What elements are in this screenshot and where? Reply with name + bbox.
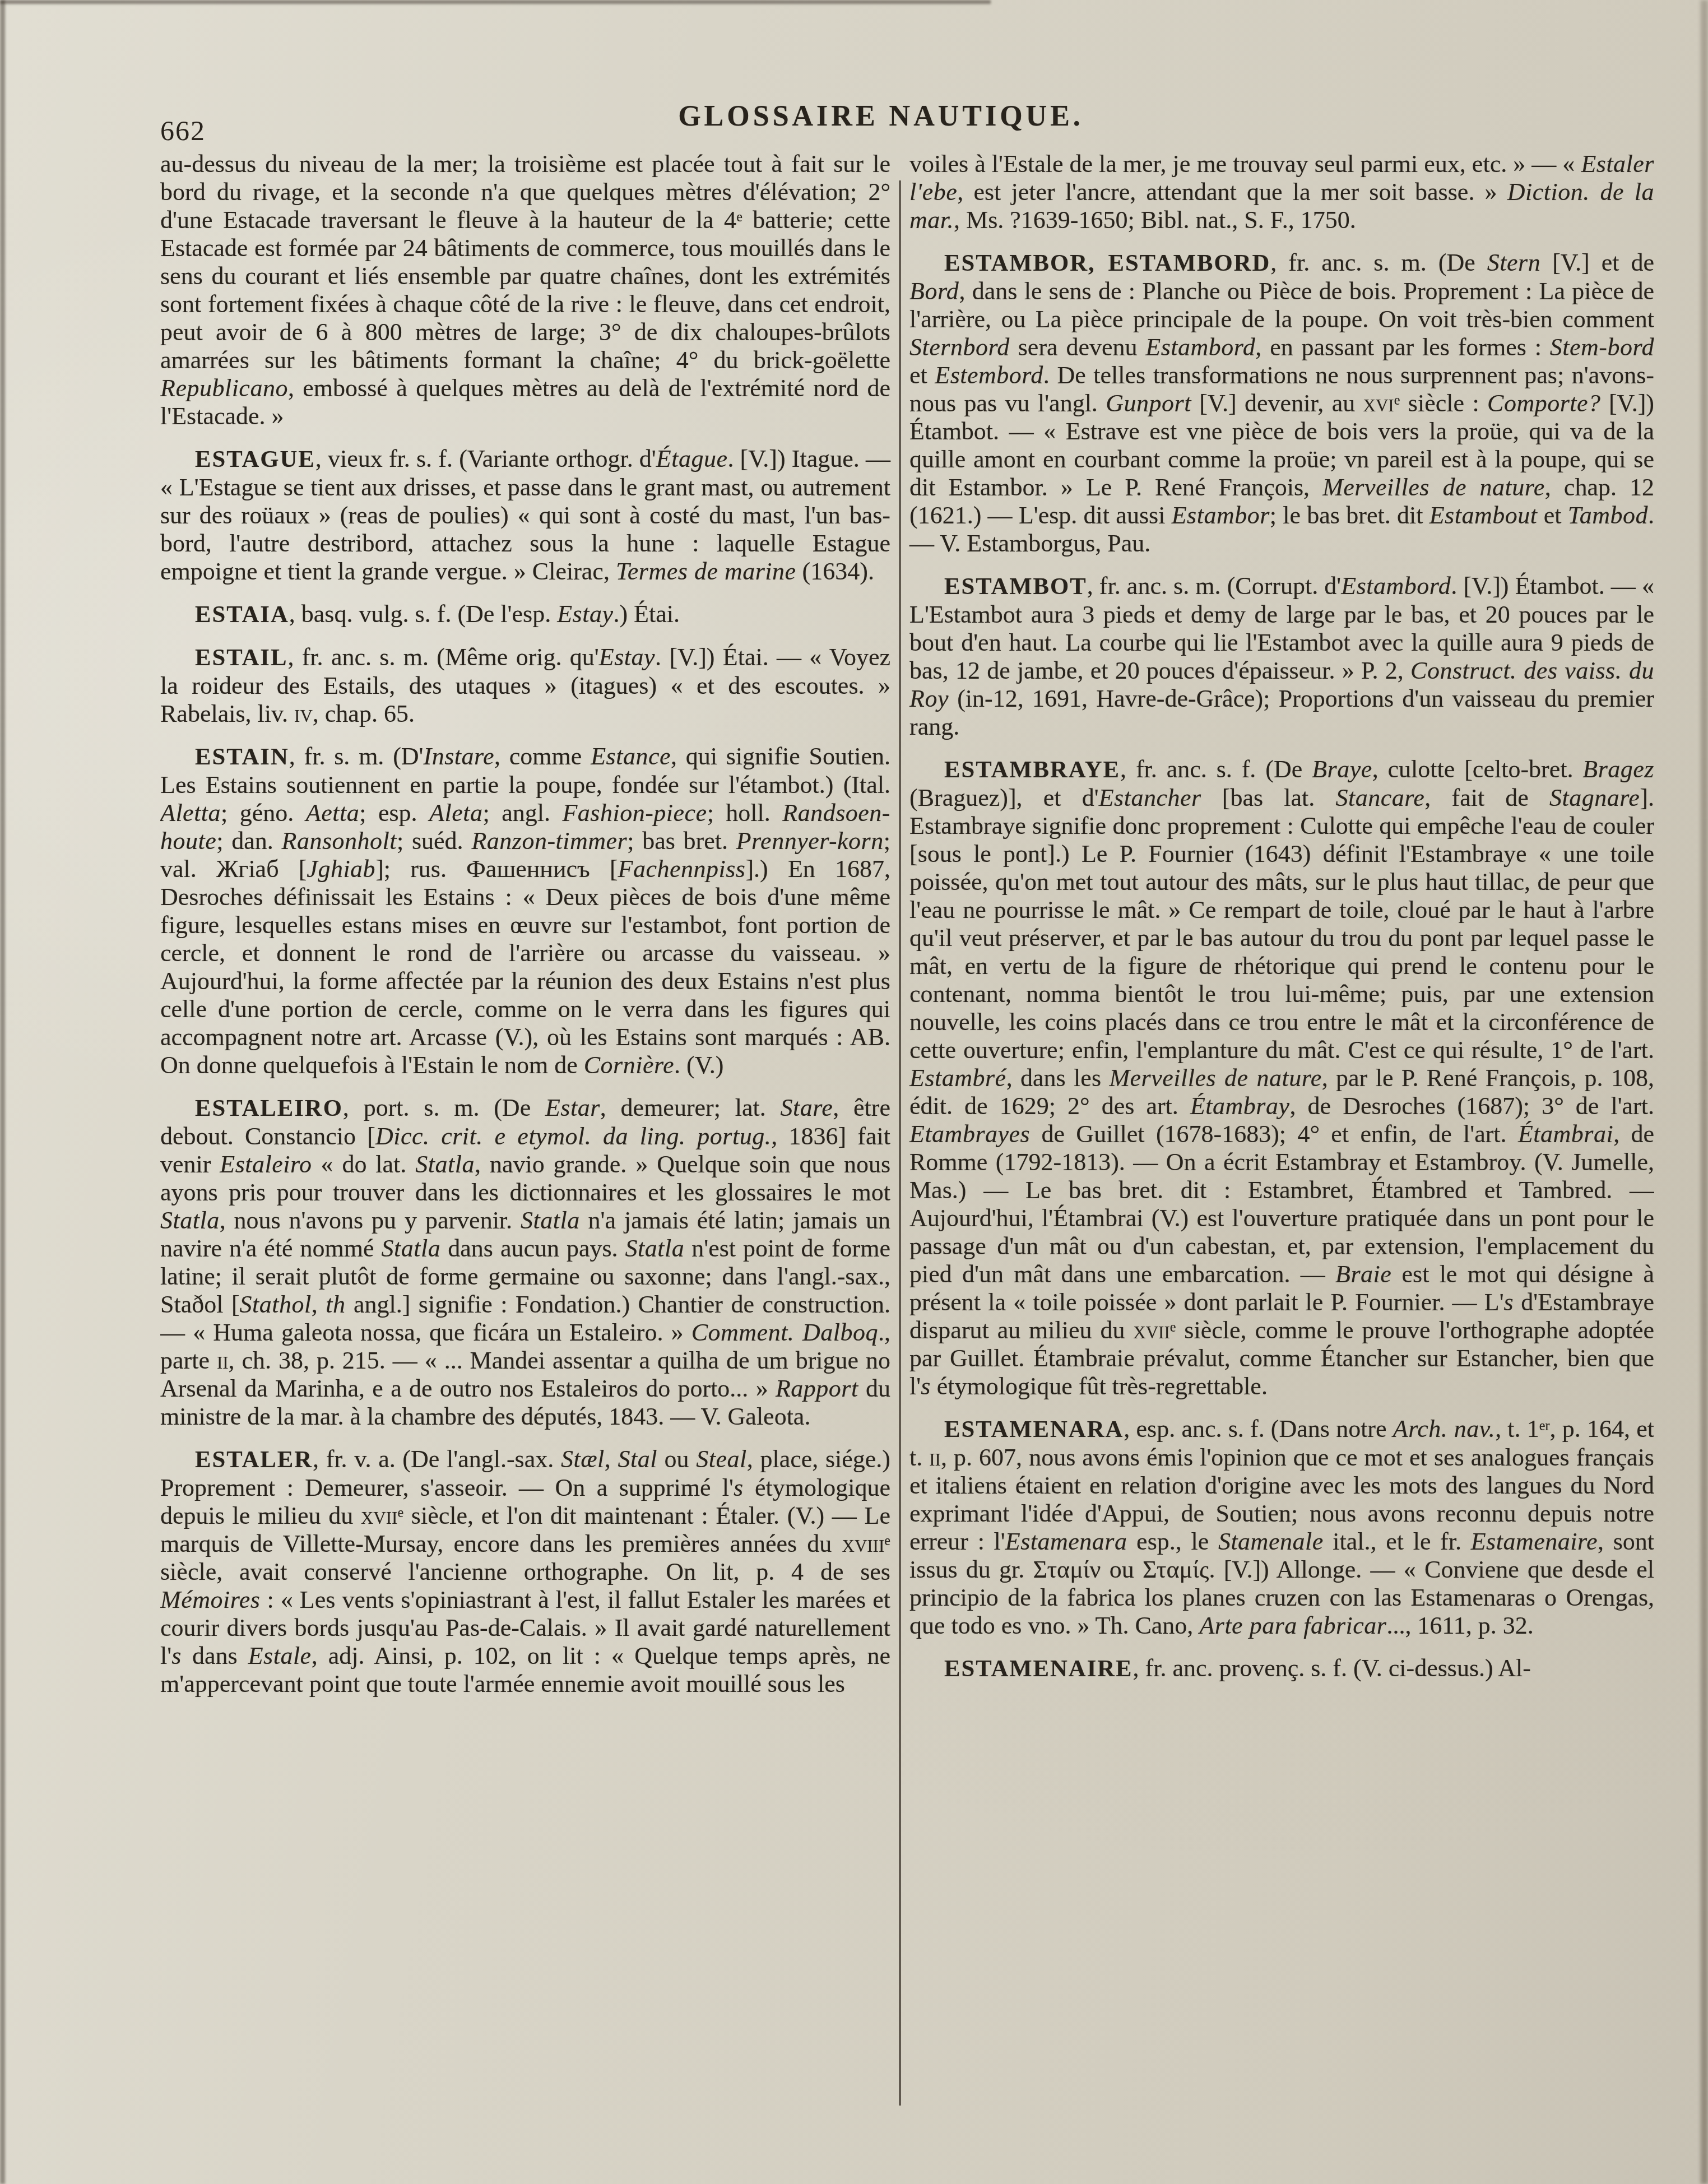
entry-estail: ESTAIL, fr. anc. s. m. (Même orig. qu'Es… — [160, 643, 890, 728]
entry-estague: ESTAGUE, vieux fr. s. f. (Variante ortho… — [160, 445, 890, 586]
entry-estacade-continuation: au-dessus du niveau de la mer; la troisi… — [160, 150, 890, 430]
entry-estamenaire: ESTAMENAIRE, fr. anc. provenç. s. f. (V.… — [909, 1654, 1654, 1683]
column-divider-rule — [899, 180, 901, 2106]
page-header-title: GLOSSAIRE NAUTIQUE. — [678, 100, 1084, 133]
running-head: 662 GLOSSAIRE NAUTIQUE. — [0, 100, 1708, 133]
scan-edge-shadow-top — [0, 0, 991, 4]
scan-edge-shadow-left — [0, 0, 5, 2184]
entry-estaia: ESTAIA, basq. vulg. s. f. (De l'esp. Est… — [160, 600, 890, 629]
entry-estaleiro: ESTALEIRO, port. s. m. (De Estar, demeur… — [160, 1094, 890, 1431]
entry-estaler-continuation: voiles à l'Estale de la mer, je me trouv… — [909, 150, 1654, 234]
scanned-book-page: 662 GLOSSAIRE NAUTIQUE. au-dessus du niv… — [0, 0, 1708, 2184]
entry-estambor-estambord: ESTAMBOR, ESTAMBORD, fr. anc. s. m. (De … — [909, 249, 1654, 558]
entry-estambraye: ESTAMBRAYE, fr. anc. s. f. (De Braye, cu… — [909, 755, 1654, 1401]
entry-estain: ESTAIN, fr. s. m. (D'Instare, comme Esta… — [160, 743, 890, 1079]
entry-estambot: ESTAMBOT, fr. anc. s. m. (Corrupt. d'Est… — [909, 572, 1654, 741]
right-column: voiles à l'Estale de la mer, je me trouv… — [909, 150, 1654, 1683]
text-columns: au-dessus du niveau de la mer; la troisi… — [160, 150, 1654, 2184]
scan-edge-shadow-right — [1701, 0, 1708, 2184]
entry-estaler: ESTALER, fr. v. a. (De l'angl.-sax. Stæl… — [160, 1445, 890, 1698]
page-number: 662 — [160, 114, 206, 147]
entry-estamenara: ESTAMENARA, esp. anc. s. f. (Dans notre … — [909, 1415, 1654, 1640]
left-column: au-dessus du niveau de la mer; la troisi… — [160, 150, 890, 1698]
